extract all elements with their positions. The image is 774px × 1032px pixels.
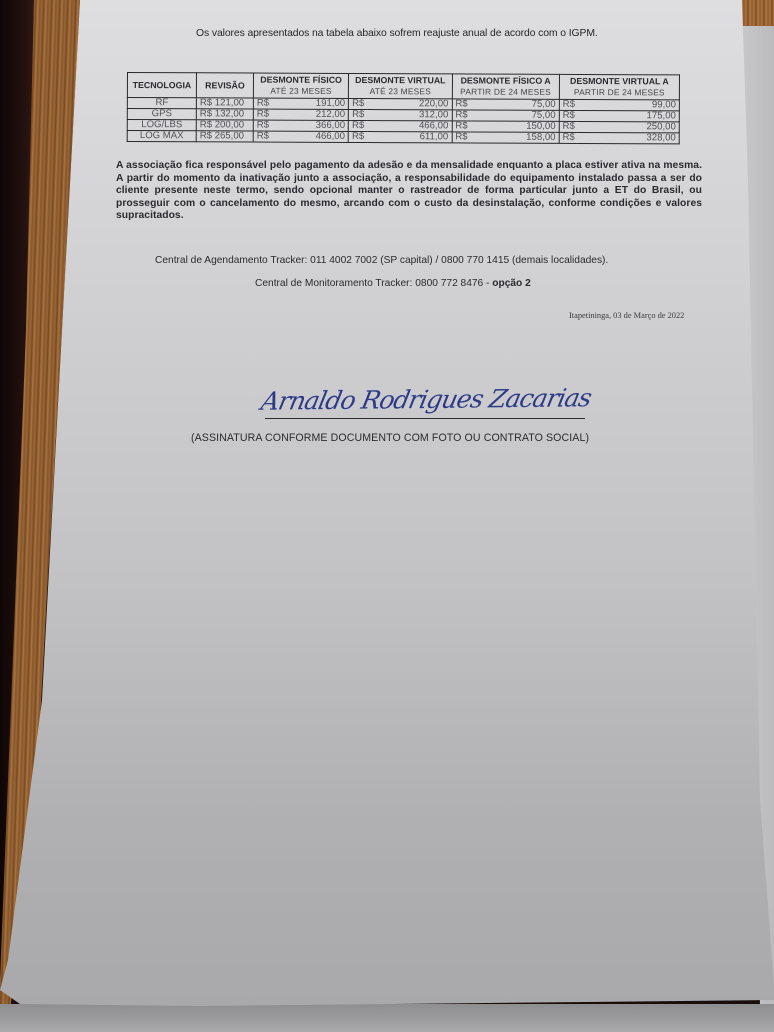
monitoring-contact: Central de Monitoramento Tracker: 0800 7… — [255, 278, 531, 289]
cell-tecnologia: LOG/LBS — [127, 120, 196, 131]
cell-virtual-24: 250,00 — [578, 121, 680, 132]
handwritten-signature: Arnaldo Rodrigues Zacarias — [259, 383, 594, 415]
monitoring-option: opção 2 — [492, 278, 531, 289]
cell-currency: R$ — [349, 98, 368, 109]
header-desmonte-virtual-ate23: DESMONTE VIRTUALATÉ 23 MESES — [349, 73, 452, 98]
cell-currency: R$ — [253, 120, 272, 131]
cell-fisico-ate23: 466,00 — [272, 131, 349, 142]
signature-caption: (ASSINATURA CONFORME DOCUMENTO COM FOTO … — [191, 432, 589, 444]
cell-currency: R$ — [452, 121, 471, 132]
cell-fisico-24: 75,00 — [471, 99, 560, 110]
cell-virtual-ate23: 466,00 — [367, 121, 452, 132]
header-desmonte-virtual-24: DESMONTE VIRTUAL APARTIR DE 24 MESES — [559, 74, 679, 100]
terms-paragraph: A associação fica responsável pelo pagam… — [116, 160, 702, 223]
cell-tecnologia: GPS — [127, 109, 196, 120]
cell-fisico-ate23: 212,00 — [272, 109, 349, 120]
cell-virtual-ate23: 312,00 — [367, 110, 452, 121]
cell-fisico-ate23: 366,00 — [272, 120, 349, 131]
cell-currency: R$ — [559, 99, 578, 110]
cell-tecnologia: LOG MAX — [127, 131, 196, 142]
table-row: LOG MAXR$ 265,00R$466,00R$611,00R$158,00… — [127, 131, 679, 144]
cell-tecnologia: RF — [127, 98, 196, 109]
scheduling-contact: Central de Agendamento Tracker: 011 4002… — [155, 255, 608, 266]
place-date: Itapetininga, 03 de Março de 2022 — [569, 311, 684, 320]
header-revisao: REVISÃO — [196, 73, 253, 98]
signature-line — [265, 418, 585, 419]
cell-currency: R$ — [253, 109, 272, 120]
cell-revisao: R$ 265,00 — [196, 131, 253, 142]
header-tecnologia: TECNOLOGIA — [127, 73, 196, 98]
cell-currency: R$ — [253, 98, 272, 109]
table-header-row: TECNOLOGIA REVISÃO DESMONTE FÍSICOATÉ 23… — [127, 73, 679, 100]
cell-virtual-ate23: 611,00 — [367, 132, 452, 143]
cell-virtual-24: 328,00 — [578, 132, 680, 143]
cell-currency: R$ — [253, 131, 272, 142]
cell-fisico-24: 75,00 — [471, 110, 560, 121]
cell-fisico-24: 150,00 — [471, 121, 560, 132]
cell-virtual-ate23: 220,00 — [367, 99, 452, 110]
cell-currency: R$ — [559, 132, 578, 143]
cell-currency: R$ — [348, 131, 367, 142]
cell-currency: R$ — [452, 132, 471, 143]
header-desmonte-fisico-24: DESMONTE FÍSICO APARTIR DE 24 MESES — [452, 74, 559, 99]
cell-currency: R$ — [349, 120, 368, 131]
price-table: TECNOLOGIA REVISÃO DESMONTE FÍSICOATÉ 23… — [127, 72, 680, 144]
cell-currency: R$ — [452, 110, 471, 121]
cell-fisico-ate23: 191,00 — [272, 98, 349, 109]
cell-currency: R$ — [349, 109, 368, 120]
cell-currency: R$ — [452, 99, 471, 110]
cell-currency: R$ — [559, 121, 578, 132]
document: Os valores apresentados na tabela abaixo… — [0, 0, 774, 1032]
cell-virtual-24: 99,00 — [578, 99, 680, 110]
intro-text: Os valores apresentados na tabela abaixo… — [196, 28, 598, 39]
header-desmonte-fisico-ate23: DESMONTE FÍSICOATÉ 23 MESES — [253, 73, 348, 98]
cell-currency: R$ — [559, 110, 578, 121]
cell-virtual-24: 175,00 — [578, 110, 680, 121]
cell-fisico-24: 158,00 — [470, 132, 559, 143]
